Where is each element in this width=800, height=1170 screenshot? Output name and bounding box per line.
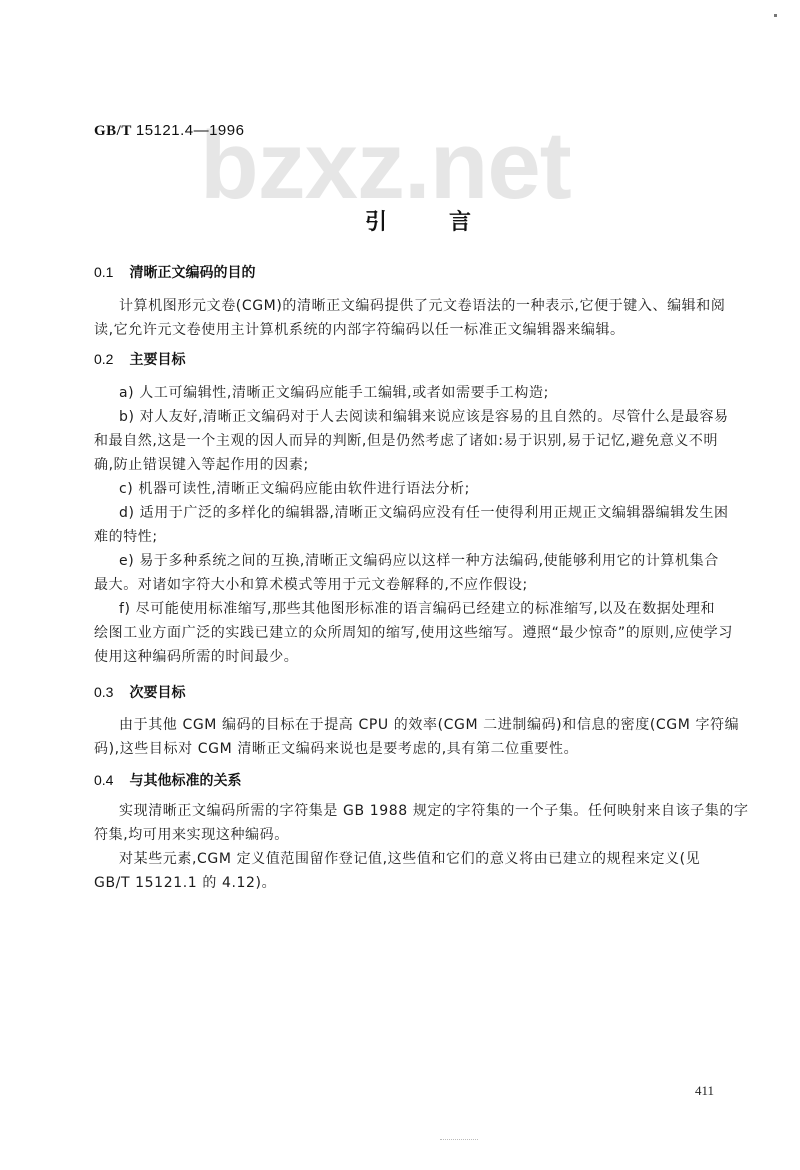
scan-footer-artifact bbox=[440, 1139, 478, 1142]
list-item-c: c) 机器可读性,清晰正文编码应能由软件进行语法分析; bbox=[119, 480, 720, 498]
paragraph-line: 码),这些目标对 CGM 清晰正文编码来说也是要考虑的,具有第二位重要性。 bbox=[94, 740, 720, 758]
standard-code: GB/T15121.4—1996 bbox=[94, 122, 244, 140]
section-heading-0-4: 0.4与其他标准的关系 bbox=[94, 770, 241, 790]
section-title: 与其他标准的关系 bbox=[129, 773, 241, 789]
paragraph-line: 读,它允许元文卷使用主计算机系统的内部字符编码以任一标准正文编辑器来编辑。 bbox=[94, 321, 720, 339]
section-heading-0-1: 0.1清晰正文编码的目的 bbox=[94, 262, 255, 282]
list-item-d: d) 适用于广泛的多样化的编辑器,清晰正文编码应没有任一使得利用正规正文编辑器编… bbox=[119, 504, 720, 522]
list-item-f-cont: 使用这种编码所需的时间最少。 bbox=[94, 648, 720, 666]
section-number: 0.2 bbox=[94, 351, 113, 367]
section-heading-0-3: 0.3次要目标 bbox=[94, 682, 185, 702]
page-number: 411 bbox=[695, 1083, 714, 1099]
section-number: 0.3 bbox=[94, 684, 113, 700]
section-title: 主要目标 bbox=[129, 352, 185, 368]
section-number: 0.1 bbox=[94, 264, 113, 280]
list-item-e-cont: 最大。对诸如字符大小和算术模式等用于元文卷解释的,不应作假设; bbox=[94, 576, 720, 594]
section-heading-0-2: 0.2主要目标 bbox=[94, 349, 185, 369]
scan-artifact bbox=[774, 14, 777, 17]
section-title: 清晰正文编码的目的 bbox=[129, 265, 255, 281]
list-item-b-cont: 确,防止错误键入等起作用的因素; bbox=[94, 456, 720, 474]
paragraph-line: 由于其他 CGM 编码的目标在于提高 CPU 的效率(CGM 二进制编码)和信息… bbox=[119, 716, 720, 734]
paragraph-line: 对某些元素,CGM 定义值范围留作登记值,这些值和它们的意义将由已建立的规程来定… bbox=[119, 850, 720, 868]
standard-code-number: 15121.4—1996 bbox=[136, 122, 245, 139]
page-title: 引言 bbox=[365, 205, 533, 236]
list-item-a: a) 人工可编辑性,清晰正文编码应能手工编辑,或者如需要手工构造; bbox=[119, 384, 720, 402]
section-title: 次要目标 bbox=[129, 685, 185, 701]
standard-code-prefix: GB/T bbox=[94, 123, 132, 139]
paragraph-line: 实现清晰正文编码所需的字符集是 GB 1988 规定的字符集的一个子集。任何映射… bbox=[119, 802, 720, 820]
paragraph-line: 计算机图形元文卷(CGM)的清晰正文编码提供了元文卷语法的一种表示,它便于键入、… bbox=[119, 297, 720, 315]
watermark: bzxz.net bbox=[200, 118, 571, 214]
section-number: 0.4 bbox=[94, 772, 113, 788]
list-item-f: f) 尽可能使用标准缩写,那些其他图形标准的语言编码已经建立的标准缩写,以及在数… bbox=[119, 600, 720, 618]
list-item-b: b) 对人友好,清晰正文编码对于人去阅读和编辑来说应该是容易的且自然的。尽管什么… bbox=[119, 408, 720, 426]
paragraph-line: GB/T 15121.1 的 4.12)。 bbox=[94, 874, 720, 892]
list-item-f-cont: 绘图工业方面广泛的实践已建立的众所周知的缩写,使用这些缩写。遵照“最少惊奇”的原… bbox=[94, 624, 720, 642]
list-item-b-cont: 和最自然,这是一个主观的因人而异的判断,但是仍然考虑了诸如:易于识别,易于记忆,… bbox=[94, 432, 720, 450]
list-item-d-cont: 难的特性; bbox=[94, 528, 720, 546]
document-page: bzxz.net GB/T15121.4—1996 引言 0.1清晰正文编码的目… bbox=[0, 0, 800, 1170]
list-item-e: e) 易于多种系统之间的互换,清晰正文编码应以这样一种方法编码,使能够利用它的计… bbox=[119, 552, 720, 570]
paragraph-line: 符集,均可用来实现这种编码。 bbox=[94, 826, 720, 844]
